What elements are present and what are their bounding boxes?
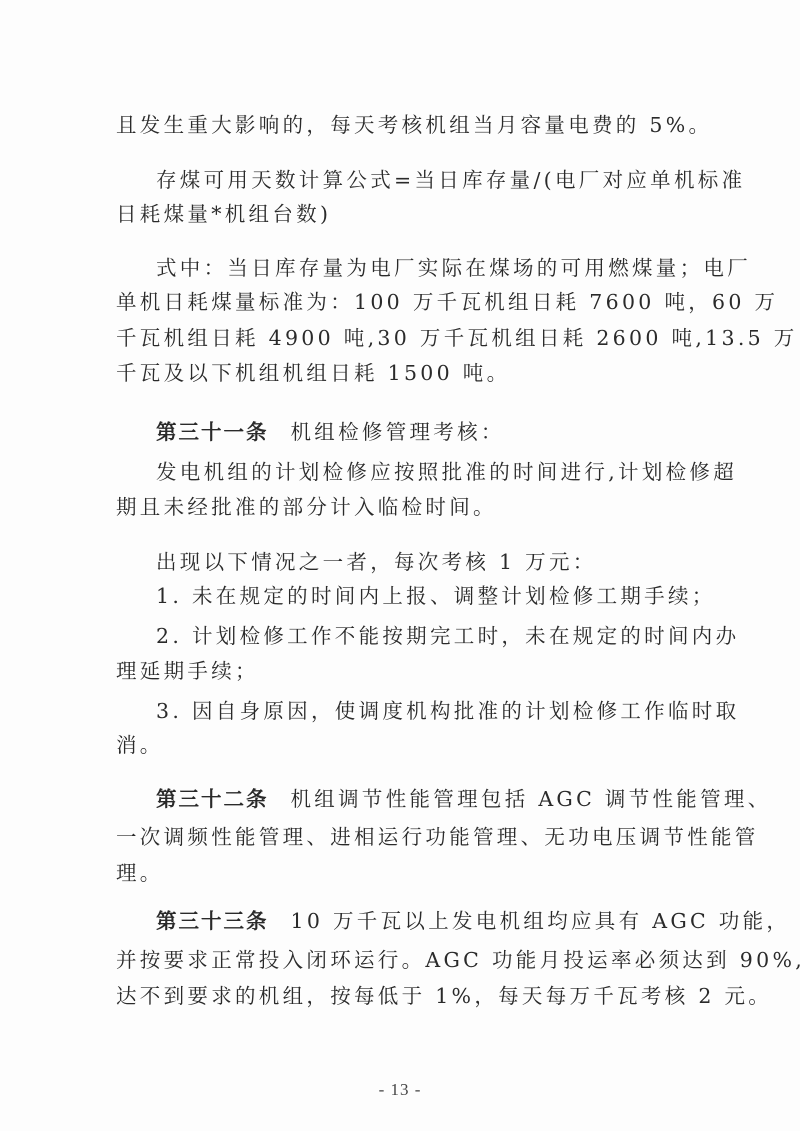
article-31: 第三十一条机组检修管理考核： (156, 418, 696, 446)
article-body: 10 万千瓦以上发电机组均应具有 AGC 功能， (291, 909, 791, 933)
paragraph-line: 理。 (116, 859, 696, 887)
list-item: 2. 计划检修工作不能按期完工时，未在规定的时间内办 (156, 622, 696, 650)
page-number: - 13 - (0, 1080, 800, 1100)
article-title: 机组检修管理考核： (291, 420, 505, 444)
article-heading: 第三十二条 (156, 787, 269, 811)
document-page: 且发生重大影响的，每天考核机组当月容量电费的 5%。 存煤可用天数计算公式=当日… (0, 0, 800, 1131)
paragraph-line: 千瓦机组日耗 4900 吨,30 万千瓦机组日耗 2600 吨,13.5 万 (116, 324, 696, 352)
paragraph-line: 单机日耗煤量标准为：100 万千瓦机组日耗 7600 吨，60 万 (116, 288, 696, 316)
article-33: 第三十三条10 万千瓦以上发电机组均应具有 AGC 功能， (156, 907, 696, 935)
paragraph-line: 达不到要求的机组，按每低于 1%，每天每万千瓦考核 2 元。 (116, 982, 696, 1010)
article-heading: 第三十三条 (156, 909, 269, 933)
paragraph-line: 发电机组的计划检修应按照批准的时间进行,计划检修超 (156, 458, 696, 486)
article-body: 机组调节性能管理包括 AGC 调节性能管理、 (291, 787, 772, 811)
paragraph-line: 式中：当日库存量为电厂实际在煤场的可用燃煤量；电厂 (156, 254, 696, 282)
article-heading: 第三十一条 (156, 420, 269, 444)
paragraph-line: 出现以下情况之一者，每次考核 1 万元： (156, 548, 696, 576)
list-item-continuation: 消。 (116, 731, 696, 759)
article-32: 第三十二条机组调节性能管理包括 AGC 调节性能管理、 (156, 785, 696, 813)
paragraph-line: 并按要求正常投入闭环运行。AGC 功能月投运率必须达到 90%, (116, 946, 696, 974)
paragraph-line: 千瓦及以下机组机组日耗 1500 吨。 (116, 359, 696, 387)
paragraph-line: 且发生重大影响的，每天考核机组当月容量电费的 5%。 (116, 111, 696, 139)
list-item: 1. 未在规定的时间内上报、调整计划检修工期手续； (156, 582, 696, 610)
formula-line: 日耗煤量*机组台数) (116, 200, 696, 228)
paragraph-line: 期且未经批准的部分计入临检时间。 (116, 493, 696, 521)
list-item-continuation: 理延期手续； (116, 657, 696, 685)
formula-line: 存煤可用天数计算公式=当日库存量/(电厂对应单机标准 (156, 166, 696, 194)
paragraph-line: 一次调频性能管理、进相运行功能管理、无功电压调节性能管 (116, 823, 696, 851)
list-item: 3. 因自身原因，使调度机构批准的计划检修工作临时取 (156, 697, 696, 725)
